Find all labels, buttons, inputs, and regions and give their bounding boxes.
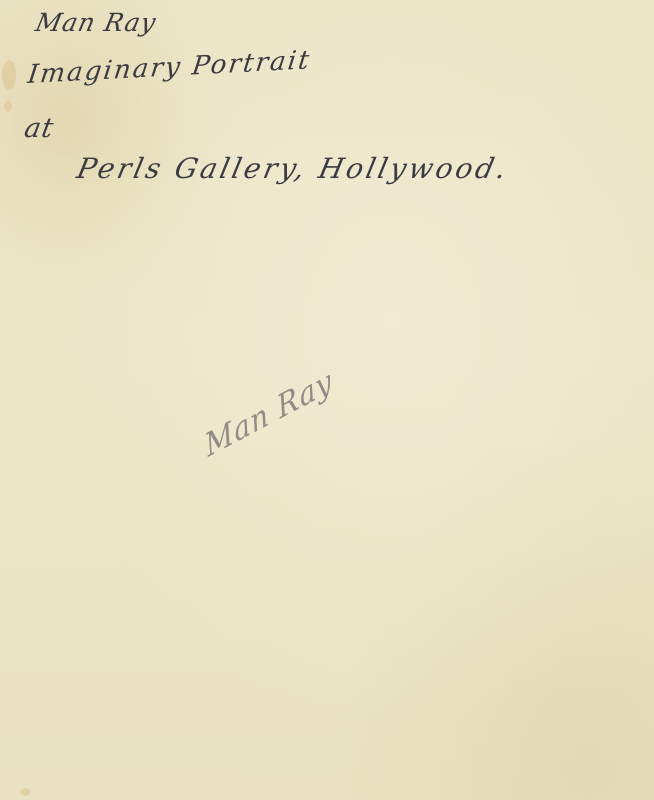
paper-sheet: Man Ray Imaginary Portrait at Perls Gall… <box>0 0 654 800</box>
handwritten-line-at: at <box>22 113 56 144</box>
foxing-stain <box>4 100 12 112</box>
foxing-stain <box>2 60 16 90</box>
handwritten-line-title: Imaginary Portrait <box>26 45 313 90</box>
foxing-stain <box>20 788 30 796</box>
pencil-signature: Man Ray <box>202 363 336 465</box>
handwritten-line-venue: Perls Gallery, Hollywood. <box>74 152 512 185</box>
handwritten-line-artist: Man Ray <box>33 8 159 37</box>
